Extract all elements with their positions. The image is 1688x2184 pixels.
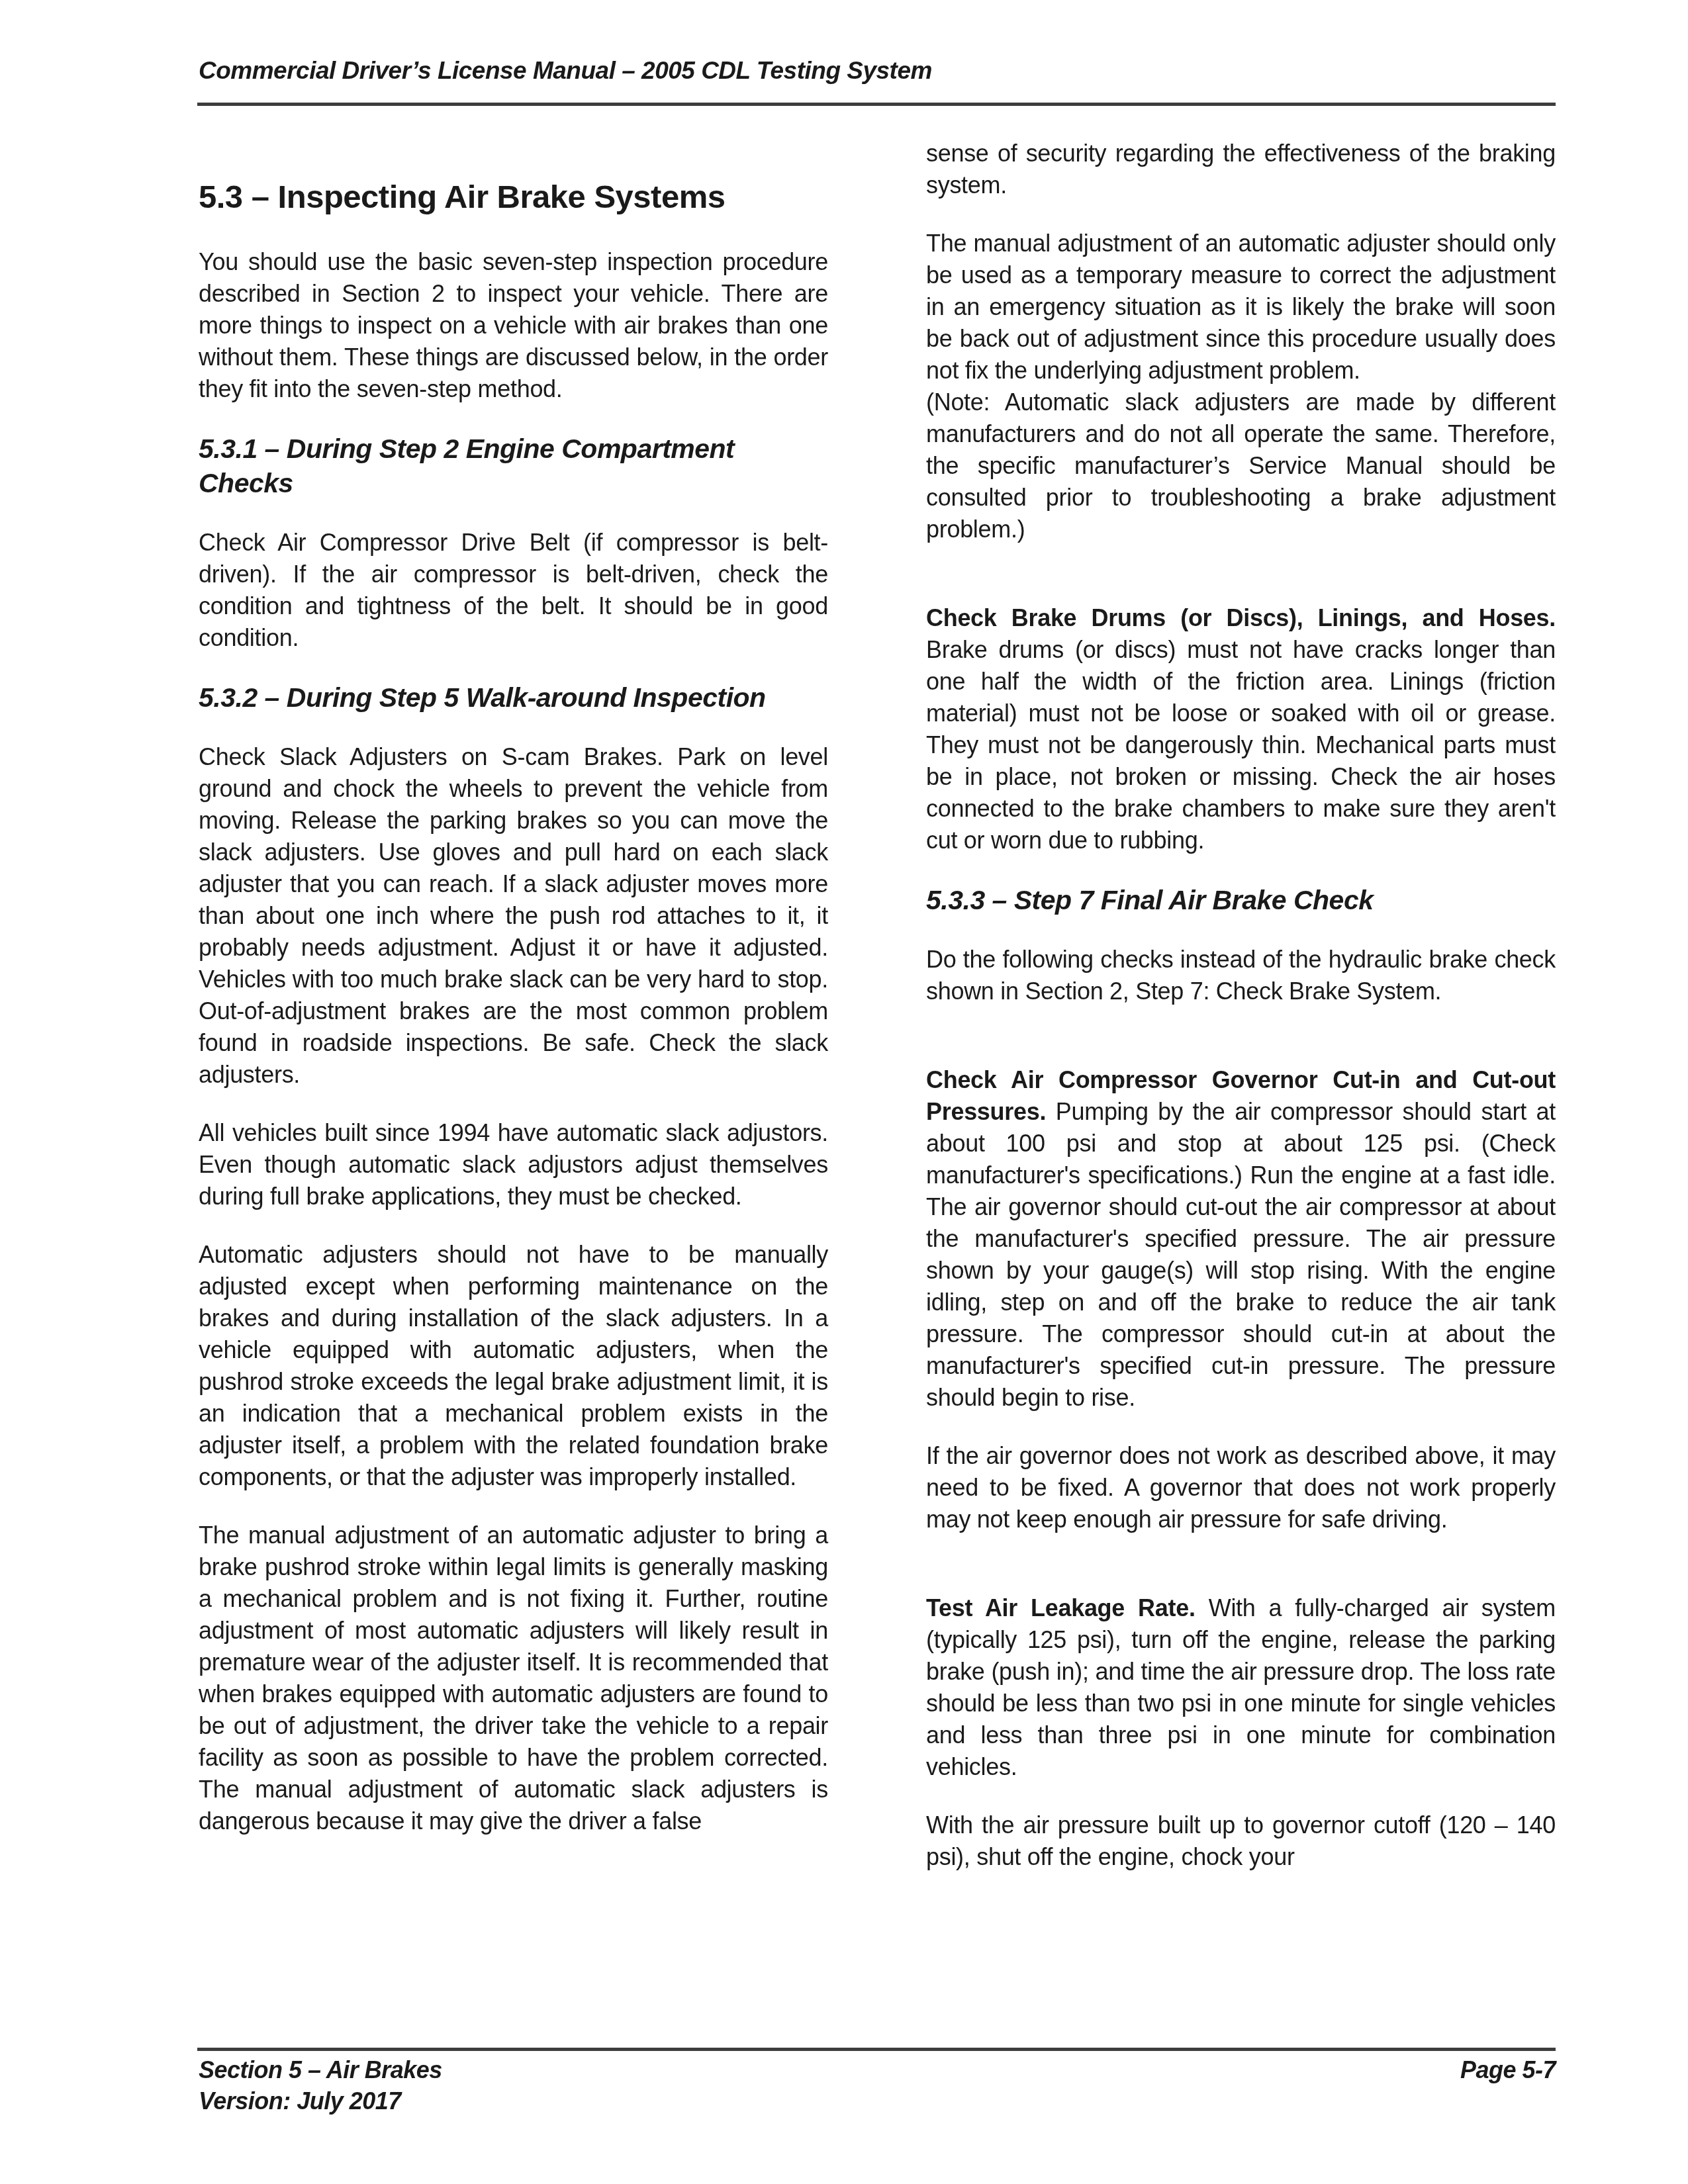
footer-page-number: Page 5-7 <box>199 2054 1556 2085</box>
paragraph-governor-pressures: Check Air Compressor Governor Cut-in and… <box>926 1064 1556 1414</box>
paragraph-sense-of-security: sense of security regarding the effectiv… <box>926 138 1556 201</box>
left-column: 5.3 – Inspecting Air Brake Systems You s… <box>199 138 828 1873</box>
bold-lead-check-brake-drums: Check Brake Drums (or Discs), Linings, a… <box>926 604 1556 631</box>
paragraph-air-leakage-rate-text: With a fully-charged air system (typical… <box>926 1594 1556 1780</box>
subsection-heading-5-3-3: 5.3.3 – Step 7 Final Air Brake Check <box>926 883 1556 917</box>
right-column: sense of security regarding the effectiv… <box>926 138 1556 1873</box>
subsection-heading-5-3-1: 5.3.1 – During Step 2 Engine Compartment… <box>199 432 828 500</box>
running-header: Commercial Driver’s License Manual – 200… <box>199 57 1556 85</box>
page-body: 5.3 – Inspecting Air Brake Systems You s… <box>199 138 1556 1873</box>
paragraph-check-brake-drums: Check Brake Drums (or Discs), Linings, a… <box>926 602 1556 856</box>
header-divider <box>197 103 1556 106</box>
paragraph-note-manufacturers: (Note: Automatic slack adjusters are mad… <box>926 387 1556 545</box>
paragraph-slack-adjusters: Check Slack Adjusters on S-cam Brakes. P… <box>199 741 828 1091</box>
paragraph-governor-not-working: If the air governor does not work as des… <box>926 1440 1556 1535</box>
paragraph-air-leakage-rate: Test Air Leakage Rate. With a fully-char… <box>926 1592 1556 1783</box>
paragraph-automatic-slack-1994: All vehicles built since 1994 have autom… <box>199 1117 828 1212</box>
paragraph-drive-belt: Check Air Compressor Drive Belt (if comp… <box>199 527 828 654</box>
paragraph-governor-cutoff: With the air pressure built up to govern… <box>926 1809 1556 1873</box>
section-heading-5-3: 5.3 – Inspecting Air Brake Systems <box>199 179 828 216</box>
paragraph-check-brake-drums-text: Brake drums (or discs) must not have cra… <box>926 636 1556 854</box>
paragraph-automatic-adjusters: Automatic adjusters should not have to b… <box>199 1239 828 1493</box>
manual-page: Commercial Driver’s License Manual – 200… <box>0 0 1688 2184</box>
bold-lead-air-leakage-rate: Test Air Leakage Rate. <box>926 1594 1196 1621</box>
paragraph-temporary-measure: The manual adjustment of an automatic ad… <box>926 228 1556 387</box>
footer-version-label: Version: July 2017 <box>199 2085 442 2116</box>
running-header-title: Commercial Driver’s License Manual – 200… <box>199 57 1556 85</box>
subsection-heading-5-3-2: 5.3.2 – During Step 5 Walk-around Inspec… <box>199 680 828 715</box>
paragraph-manual-adjustment: The manual adjustment of an automatic ad… <box>199 1520 828 1837</box>
paragraph-intro: You should use the basic seven-step insp… <box>199 246 828 405</box>
paragraph-final-air-brake-check: Do the following checks instead of the h… <box>926 944 1556 1007</box>
footer-divider <box>197 2048 1556 2051</box>
paragraph-governor-pressures-text: Pumping by the air compressor should sta… <box>926 1098 1556 1411</box>
